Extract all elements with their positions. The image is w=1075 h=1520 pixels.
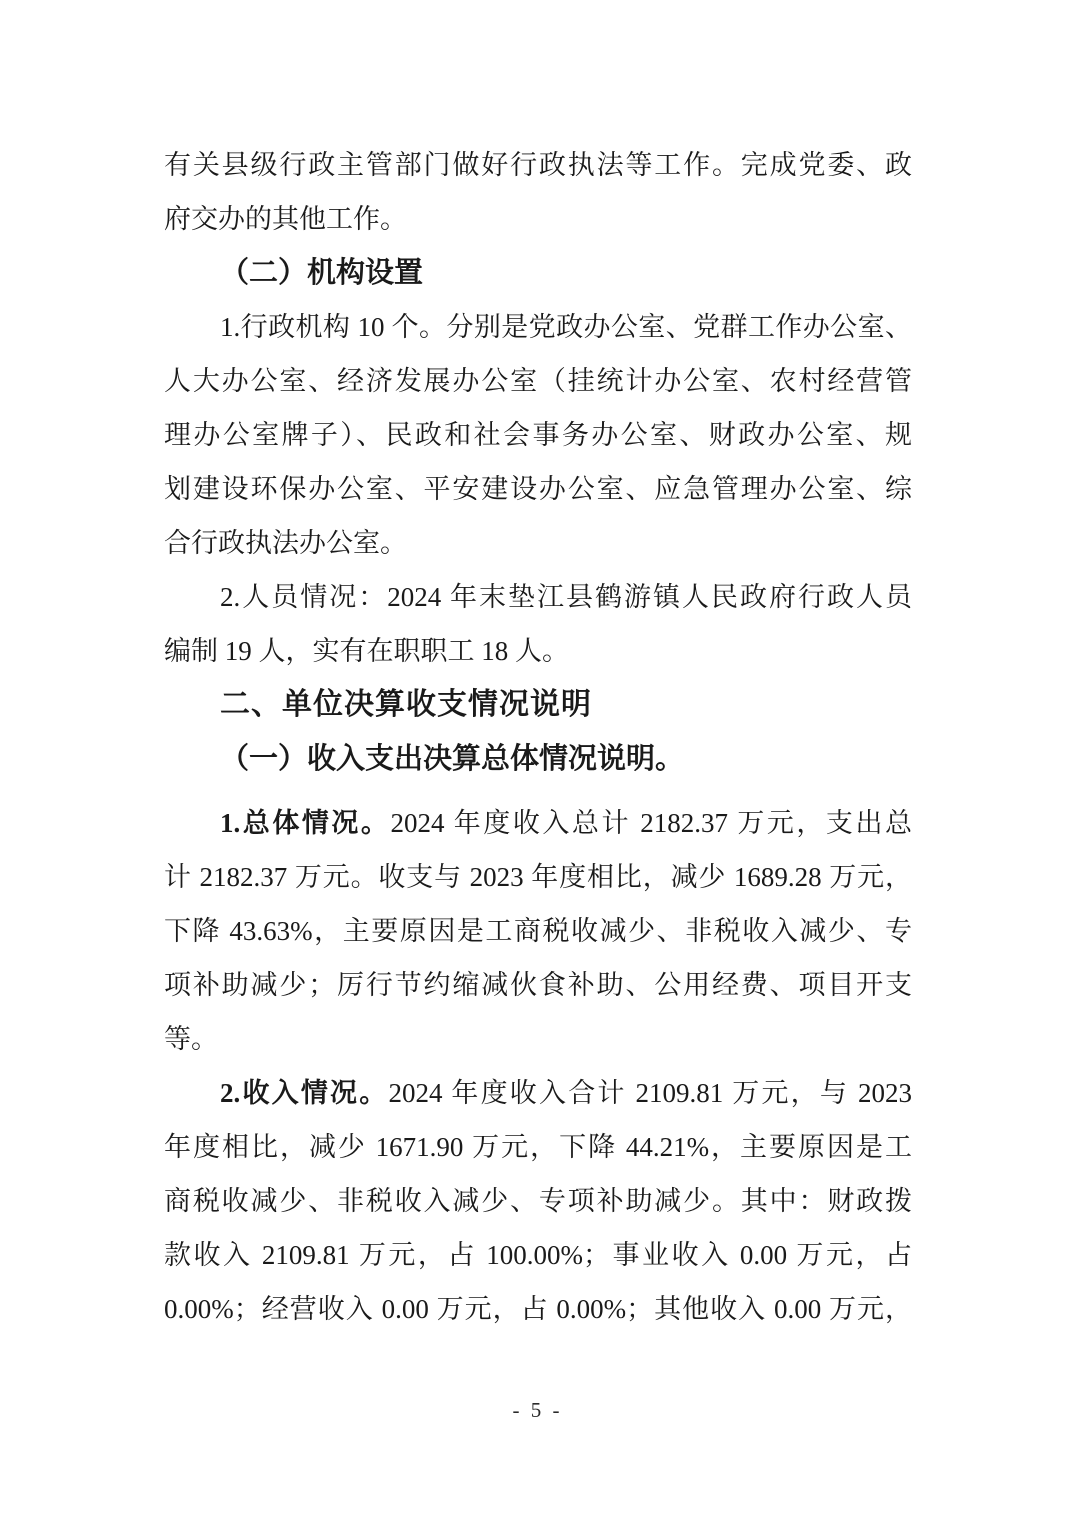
text-line: 划建设环保办公室、平安建设办公室、应急管理办公室、综: [164, 462, 912, 516]
text-line: 下降 43.63%，主要原因是工商税收减少、非税收入减少、专: [164, 904, 912, 958]
text-line: 府交办的其他工作。: [164, 192, 912, 246]
text-line: 2.收入情况。2024 年度收入合计 2109.81 万元，与 2023: [164, 1066, 912, 1120]
paragraph-lead: 2.收入情况。: [220, 1078, 388, 1108]
heading-section-two: 二、单位决算收支情况说明: [164, 678, 912, 732]
paragraph-admin-organs: 1.行政机构 10 个。分别是党政办公室、党群工作办公室、人大办公室、经济发展办…: [164, 300, 912, 570]
paragraph-continuation: 有关县级行政主管部门做好行政执法等工作。完成党委、政府交办的其他工作。: [164, 138, 912, 246]
text-line: 1.总体情况。2024 年度收入总计 2182.37 万元，支出总: [164, 796, 912, 850]
text-line: 编制 19 人，实有在职职工 18 人。: [164, 624, 912, 678]
text-line: 商税收减少、非税收入减少、专项补助减少。其中：财政拨: [164, 1174, 912, 1228]
document-body: 有关县级行政主管部门做好行政执法等工作。完成党委、政府交办的其他工作。（二）机构…: [164, 138, 912, 1336]
document-page: 有关县级行政主管部门做好行政执法等工作。完成党委、政府交办的其他工作。（二）机构…: [0, 0, 1075, 1520]
text-line: 0.00%；经营收入 0.00 万元，占 0.00%；其他收入 0.00 万元，: [164, 1282, 912, 1336]
page-number: - 5 -: [0, 1398, 1075, 1423]
text-line: 年度相比，减少 1671.90 万元，下降 44.21%，主要原因是工: [164, 1120, 912, 1174]
text-line: 1.行政机构 10 个。分别是党政办公室、党群工作办公室、: [164, 300, 912, 354]
text-line: 计 2182.37 万元。收支与 2023 年度相比，减少 1689.28 万元…: [164, 850, 912, 904]
paragraph-income-situation: 2.收入情况。2024 年度收入合计 2109.81 万元，与 2023年度相比…: [164, 1066, 912, 1336]
paragraph-personnel: 2.人员情况：2024 年末垫江县鹤游镇人民政府行政人员编制 19 人，实有在职…: [164, 570, 912, 678]
text-line: 有关县级行政主管部门做好行政执法等工作。完成党委、政: [164, 138, 912, 192]
paragraph-overall-situation: 1.总体情况。2024 年度收入总计 2182.37 万元，支出总计 2182.…: [164, 796, 912, 1066]
heading-overall-statement: （一）收入支出决算总体情况说明。: [164, 732, 912, 786]
text-line: 项补助减少；厉行节约缩减伙食补助、公用经费、项目开支: [164, 958, 912, 1012]
text-line: 等。: [164, 1012, 912, 1066]
heading-organization-setup: （二）机构设置: [164, 246, 912, 300]
text-line: 人大办公室、经济发展办公室（挂统计办公室、农村经营管: [164, 354, 912, 408]
text-line: 款收入 2109.81 万元，占 100.00%；事业收入 0.00 万元，占: [164, 1228, 912, 1282]
text-line: 合行政执法办公室。: [164, 516, 912, 570]
text-line: 2.人员情况：2024 年末垫江县鹤游镇人民政府行政人员: [164, 570, 912, 624]
paragraph-lead: 1.总体情况。: [220, 808, 390, 838]
text-line: 理办公室牌子）、民政和社会事务办公室、财政办公室、规: [164, 408, 912, 462]
